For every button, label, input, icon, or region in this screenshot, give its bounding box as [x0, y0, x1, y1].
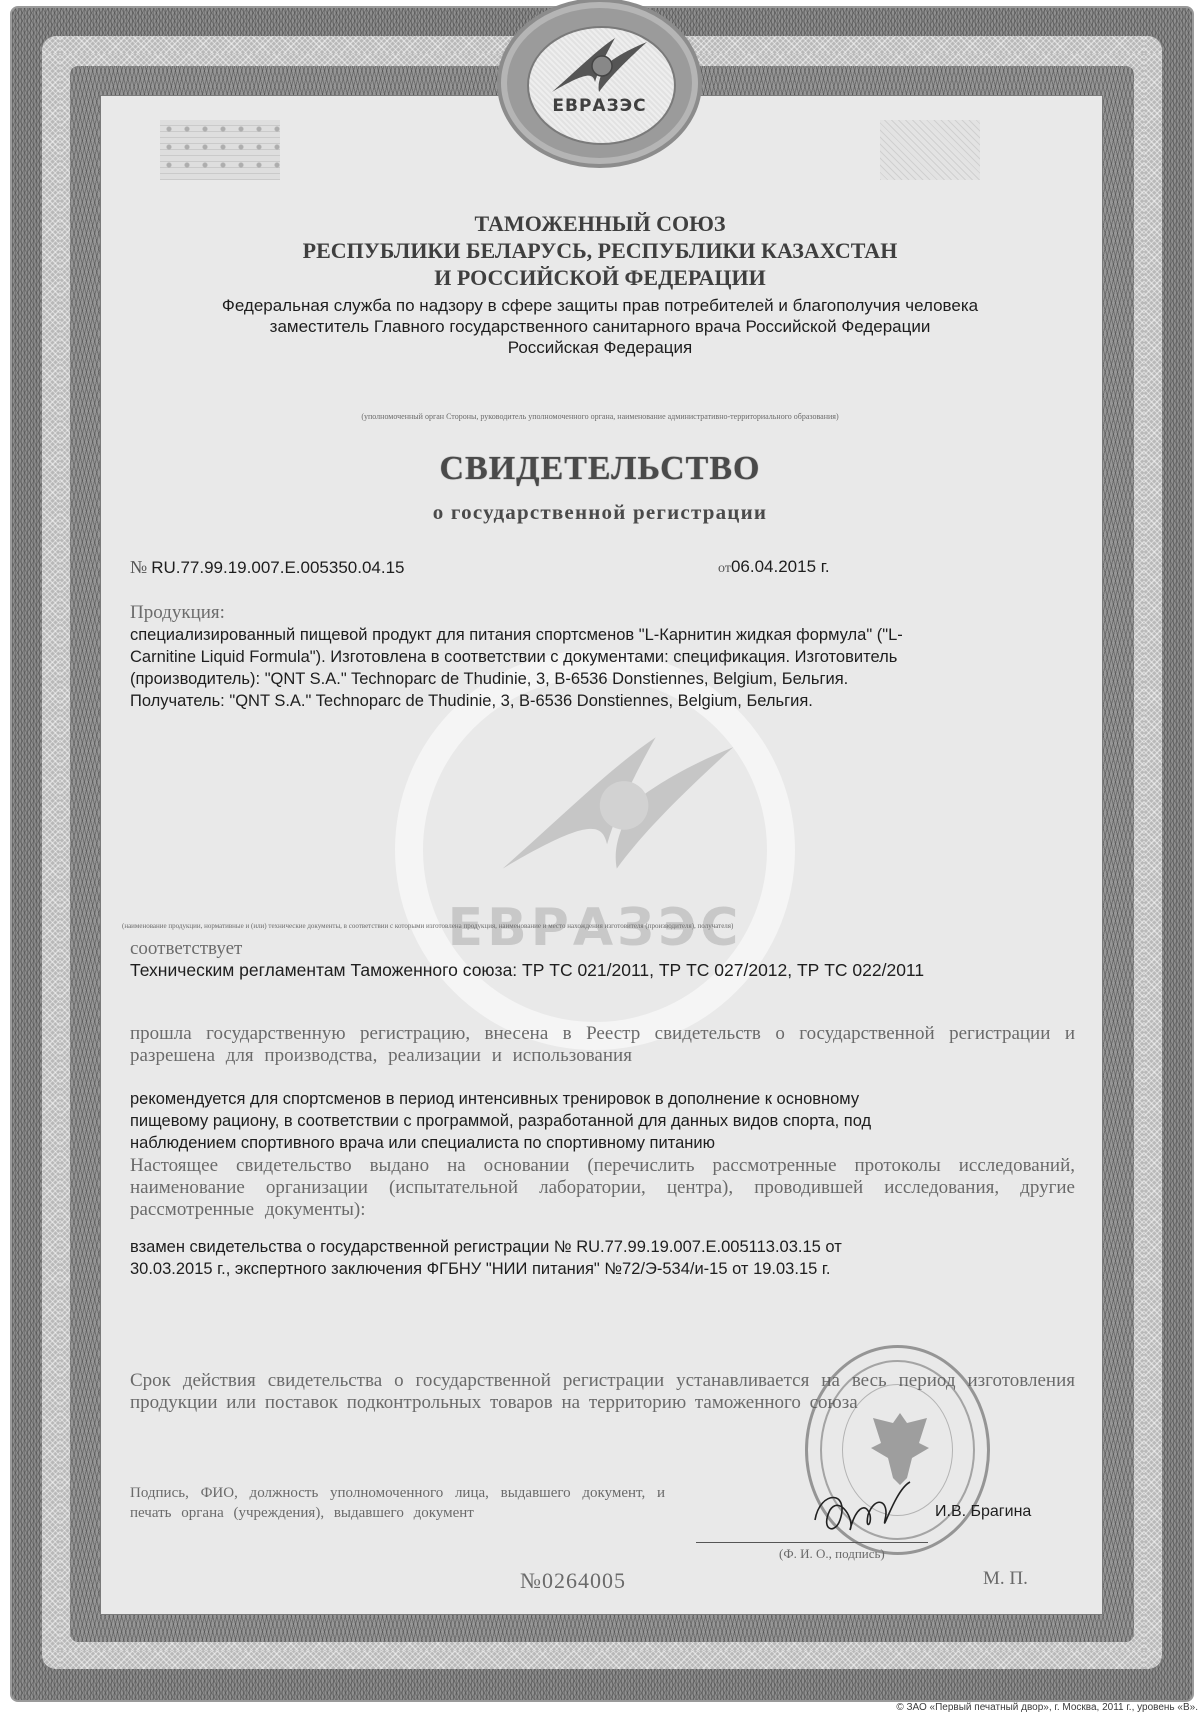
- signature-caption: Подпись, ФИО, должность уполномоченного …: [130, 1483, 665, 1523]
- authority-line-1: Федеральная служба по надзору в сфере за…: [120, 295, 1080, 316]
- certificate-date: 06.04.2015 г.: [731, 557, 830, 576]
- product-line-3: (производитель): "QNT S.A." Technoparc d…: [130, 668, 1090, 690]
- signer-name: И.В. Брагина: [935, 1503, 1031, 1521]
- signature-line: [696, 1542, 928, 1543]
- usage-recommendation: рекомендуется для спортсменов в период и…: [130, 1088, 1090, 1154]
- product-line-4: Получатель: "QNT S.A." Technoparc de Thu…: [130, 690, 1090, 712]
- basis-statement: Настоящее свидетельство выдано на основа…: [130, 1155, 1075, 1221]
- security-pattern-left: [160, 120, 280, 180]
- compliance-label: соответствует: [130, 938, 242, 960]
- product-description: специализированный пищевой продукт для п…: [130, 624, 1090, 712]
- date-prefix: от: [718, 561, 731, 576]
- emblem-logo-text: ЕВРАЗЭС: [507, 96, 692, 116]
- seal-place-label: М. П.: [983, 1568, 1028, 1590]
- basis-documents: взамен свидетельства о государственной р…: [130, 1236, 1090, 1280]
- security-pattern-right: [880, 120, 980, 180]
- authority-line-3: Российская Федерация: [120, 337, 1080, 358]
- usage-line-2: пищевому рациону, в соответствии с прогр…: [130, 1110, 1090, 1132]
- printer-note: © ЗАО «Первый печатный двор», г. Москва,…: [896, 1702, 1198, 1713]
- certificate-date-line: от06.04.2015 г.: [718, 557, 830, 577]
- certificate-number: RU.77.99.19.007.Е.005350.04.15: [151, 558, 404, 577]
- eurasec-emblem: ЕВРАЗЭС: [507, 8, 692, 158]
- watermark-eurasec-icon: [483, 718, 753, 888]
- number-sign: №: [130, 557, 147, 577]
- product-line-2: Carnitine Liquid Formula"). Изготовлена …: [130, 646, 1090, 668]
- authority-caption: (уполномоченный орган Стороны, руководит…: [120, 412, 1080, 421]
- certificate-subtitle: о государственной регистрации: [120, 500, 1080, 525]
- certificate-number-line: №RU.77.99.19.007.Е.005350.04.15: [130, 557, 405, 578]
- union-line-3: И РОССИЙСКОЙ ФЕДЕРАЦИИ: [120, 264, 1080, 291]
- issuing-authority: Федеральная служба по надзору в сфере за…: [120, 295, 1080, 358]
- name-caption: (Ф. И. О., подпись): [779, 1546, 885, 1562]
- union-line-2: РЕСПУБЛИКИ БЕЛАРУСЬ, РЕСПУБЛИКИ КАЗАХСТА…: [120, 237, 1080, 264]
- product-caption: (наименование продукции, нормативные и (…: [122, 922, 1082, 930]
- basis-line-1: взамен свидетельства о государственной р…: [130, 1236, 1090, 1258]
- handwritten-signature-icon: [810, 1480, 920, 1540]
- form-number: №0264005: [520, 1568, 626, 1594]
- certificate-title: СВИДЕТЕЛЬСТВО: [120, 450, 1080, 488]
- compliance-text: Техническим регламентам Таможенного союз…: [130, 959, 924, 981]
- usage-line-3: наблюдением спортивного врача или специа…: [130, 1132, 1090, 1154]
- usage-line-1: рекомендуется для спортсменов в период и…: [130, 1088, 1090, 1110]
- union-line-1: ТАМОЖЕННЫЙ СОЮЗ: [120, 210, 1080, 237]
- eurasec-emblem-icon: [547, 30, 652, 100]
- registration-statement: прошла государственную регистрацию, внес…: [130, 1023, 1075, 1067]
- basis-line-2: 30.03.2015 г., экспертного заключения ФГ…: [130, 1258, 1090, 1280]
- union-heading: ТАМОЖЕННЫЙ СОЮЗ РЕСПУБЛИКИ БЕЛАРУСЬ, РЕС…: [120, 210, 1080, 291]
- authority-line-2: заместитель Главного государственного са…: [120, 316, 1080, 337]
- product-label: Продукция:: [130, 602, 225, 624]
- product-line-1: специализированный пищевой продукт для п…: [130, 624, 1090, 646]
